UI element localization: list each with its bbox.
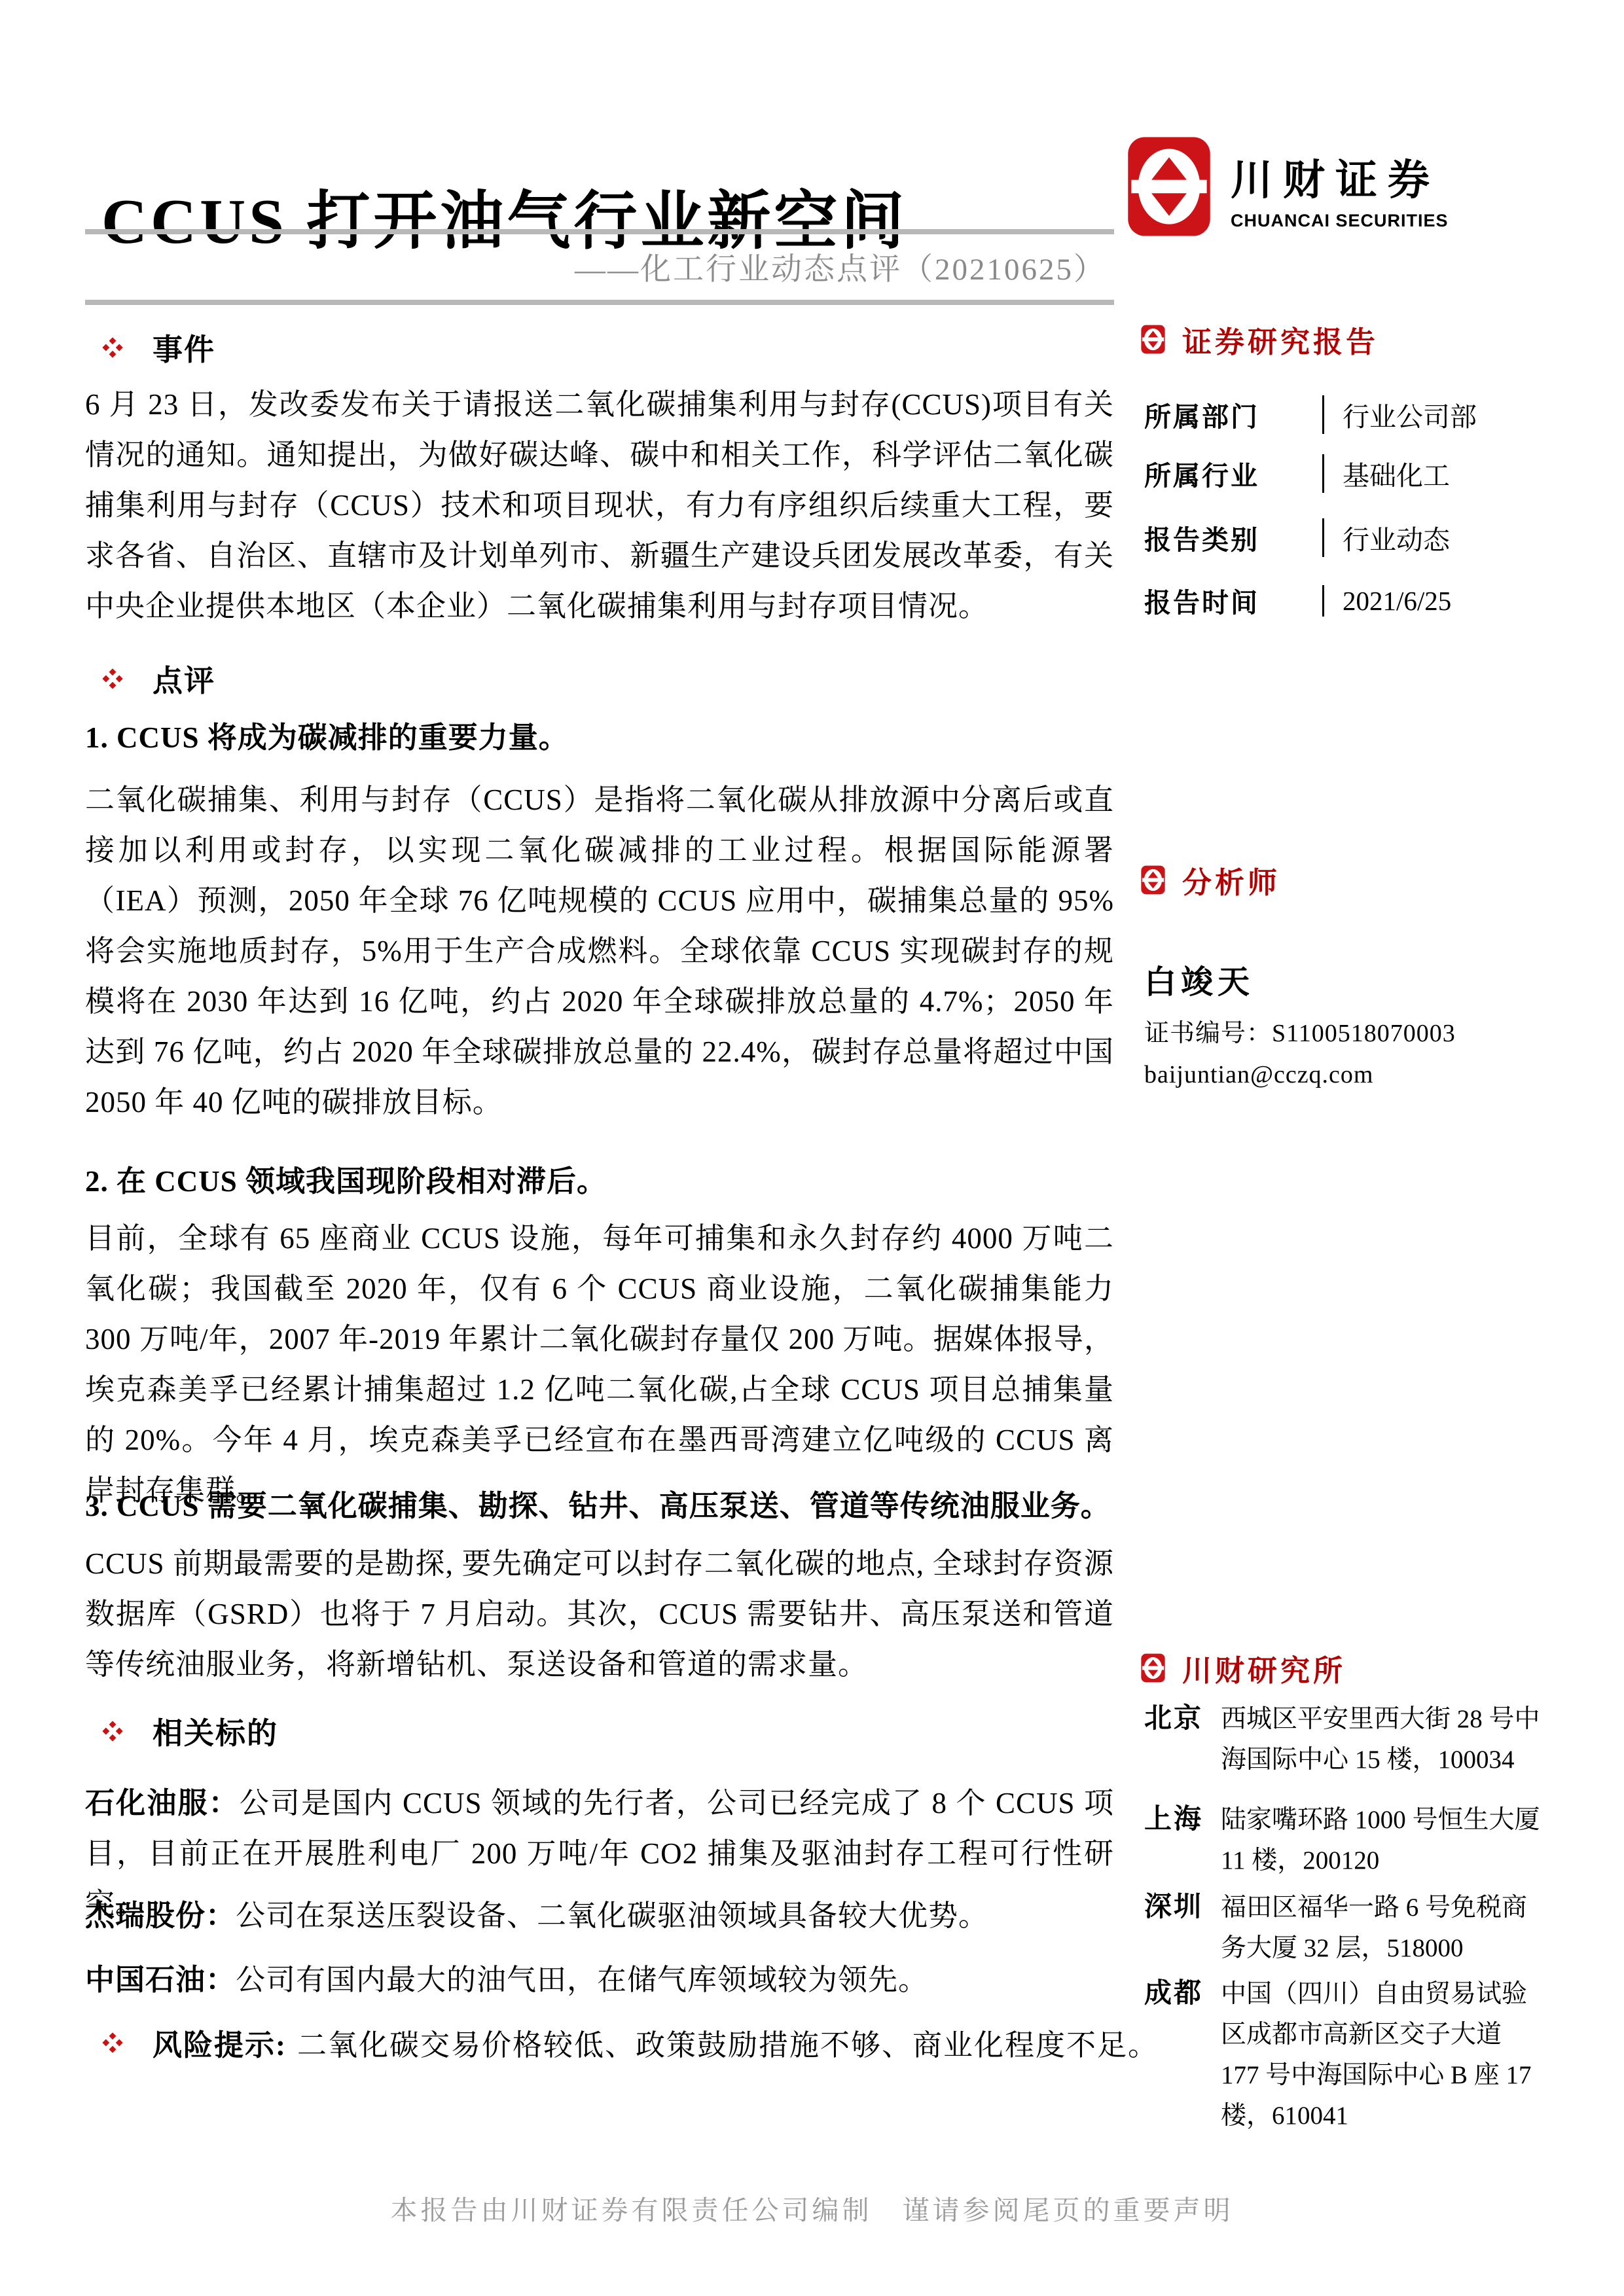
- meta-value: 2021/6/25: [1322, 585, 1451, 617]
- header-divider-bottom: [85, 300, 1114, 305]
- brand-logo: 川财证券 CHUANCAI SECURITIES: [1127, 136, 1449, 237]
- risk-label: 风险提示:: [153, 2021, 287, 2064]
- office-chengdu: 成都 中国（四川）自由贸易试验 区成都市高新区交子大道 177 号中海国际中心 …: [1144, 1971, 1550, 2136]
- office-address-line: 务大厦 32 层，518000: [1221, 1928, 1527, 1969]
- chuancai-logo-mini-icon: [1141, 865, 1165, 895]
- office-city: 成都: [1144, 1971, 1221, 2011]
- target-desc: 公司有国内最大的油气田，在储气库领域较为领先。: [236, 1964, 928, 1996]
- brand-name-cn: 川财证券: [1231, 160, 1449, 202]
- analyst-section-badge: 分析师: [1141, 859, 1280, 901]
- office-address-line: 福田区福华一路 6 号免税商: [1221, 1888, 1527, 1928]
- office-address-line: 西城区平安里西大街 28 号中: [1221, 1699, 1540, 1740]
- target-item-jerui: 杰瑞股份：公司在泵送压裂设备、二氧化碳驱油领域具备较大优势。: [85, 1891, 1114, 1941]
- comment-point-3-title: 3. CCUS 需要二氧化碳捕集、勘探、钻井、高压泵送、管道等传统油服业务。: [85, 1488, 1111, 1524]
- section-heading-event: 事件: [101, 326, 215, 369]
- office-address: 福田区福华一路 6 号免税商 务大厦 32 层，518000: [1221, 1888, 1527, 1969]
- diamond-bullet-icon: [101, 336, 124, 359]
- meta-label: 报告类别: [1144, 518, 1322, 557]
- office-address-line: 区成都市高新区交子大道: [1221, 2015, 1532, 2055]
- office-city: 深圳: [1144, 1885, 1221, 1924]
- analyst-email: baijuntian@cczq.com: [1144, 1060, 1373, 1089]
- risk-text: 二氧化碳交易价格较低、政策鼓励措施不够、商业化程度不足。: [297, 2021, 1159, 2064]
- target-desc: 公司在泵送压裂设备、二氧化碳驱油领域具备较大优势。: [236, 1899, 988, 1932]
- office-shenzhen: 深圳 福田区福华一路 6 号免税商 务大厦 32 层，518000: [1144, 1885, 1550, 1969]
- target-name: 杰瑞股份：: [85, 1899, 236, 1932]
- office-address-line: 11 楼，200120: [1221, 1840, 1540, 1881]
- diamond-bullet-icon: [101, 2032, 124, 2054]
- risk-note: 风险提示: 二氧化碳交易价格较低、政策鼓励措施不够、商业化程度不足。: [101, 2021, 1159, 2064]
- chuancai-logo-mini-icon: [1141, 1653, 1165, 1683]
- office-address-line: 陆家嘴环路 1000 号恒生大厦: [1221, 1800, 1540, 1840]
- report-type-badge: 证券研究报告: [1141, 318, 1379, 361]
- meta-value: 基础化工: [1322, 454, 1450, 493]
- analyst-cert-number: 证书编号：S1100518070003: [1144, 1013, 1456, 1049]
- meta-row-date: 报告时间 2021/6/25: [1144, 581, 1563, 620]
- office-address: 西城区平安里西大街 28 号中 海国际中心 15 楼，100034: [1221, 1699, 1540, 1780]
- target-item-zhongguoshiyou: 中国石油：公司有国内最大的油气田，在储气库领域较为领先。: [85, 1955, 1114, 2005]
- event-heading-label: 事件: [153, 326, 215, 369]
- chuancai-logo-icon: [1127, 136, 1211, 237]
- chuancai-logo-mini-icon: [1141, 325, 1165, 354]
- brand-text: 川财证券 CHUANCAI SECURITIES: [1231, 160, 1449, 231]
- comment-point-2-body: 目前，全球有 65 座商业 CCUS 设施，每年可捕集和永久封存约 4000 万…: [85, 1213, 1114, 1516]
- office-beijing: 北京 西城区平安里西大街 28 号中 海国际中心 15 楼，100034: [1144, 1696, 1550, 1780]
- office-city: 上海: [1144, 1797, 1221, 1837]
- header-divider-top: [85, 229, 1114, 234]
- diamond-bullet-icon: [101, 1720, 124, 1742]
- report-badge-label: 证券研究报告: [1182, 318, 1379, 361]
- meta-row-department: 所属部门 行业公司部: [1144, 395, 1563, 434]
- page-footer-disclaimer: 本报告由川财证券有限责任公司编制 谨请参阅尾页的重要声明: [0, 2189, 1624, 2227]
- section-heading-targets: 相关标的: [101, 1710, 278, 1753]
- meta-row-category: 报告类别 行业动态: [1144, 518, 1563, 557]
- meta-label: 所属行业: [1144, 454, 1322, 493]
- office-address: 中国（四川）自由贸易试验 区成都市高新区交子大道 177 号中海国际中心 B 座…: [1221, 1974, 1532, 2136]
- comment-point-3-body: CCUS 前期最需要的是勘探, 要先确定可以封存二氧化碳的地点, 全球封存资源数…: [85, 1539, 1114, 1690]
- office-address-line: 中国（四川）自由贸易试验: [1221, 1974, 1532, 2015]
- research-office-badge: 川财研究所: [1141, 1647, 1346, 1689]
- comment-heading-label: 点评: [153, 657, 215, 700]
- research-office-label: 川财研究所: [1182, 1647, 1346, 1689]
- meta-row-industry: 所属行业 基础化工: [1144, 454, 1563, 493]
- office-address-line: 楼，610041: [1221, 2096, 1532, 2136]
- target-name: 石化油服：: [85, 1787, 240, 1820]
- meta-value: 行业公司部: [1322, 395, 1477, 434]
- diamond-bullet-icon: [101, 668, 124, 690]
- office-shanghai: 上海 陆家嘴环路 1000 号恒生大厦 11 楼，200120: [1144, 1797, 1550, 1881]
- target-name: 中国石油：: [85, 1964, 236, 1996]
- comment-point-1-body: 二氧化碳捕集、利用与封存（CCUS）是指将二氧化碳从排放源中分离后或直接加以利用…: [85, 775, 1114, 1128]
- meta-value: 行业动态: [1322, 518, 1450, 557]
- comment-point-1-title: 1. CCUS 将成为碳减排的重要力量。: [85, 720, 569, 755]
- section-heading-comment: 点评: [101, 657, 215, 700]
- office-address-line: 海国际中心 15 楼，100034: [1221, 1740, 1540, 1780]
- analyst-name: 白竣天: [1144, 957, 1254, 1003]
- office-address: 陆家嘴环路 1000 号恒生大厦 11 楼，200120: [1221, 1800, 1540, 1881]
- meta-label: 报告时间: [1144, 581, 1322, 620]
- comment-point-2-title: 2. 在 CCUS 领域我国现阶段相对滞后。: [85, 1164, 607, 1199]
- office-address-line: 177 号中海国际中心 B 座 17: [1221, 2055, 1532, 2096]
- targets-heading-label: 相关标的: [153, 1710, 278, 1753]
- meta-label: 所属部门: [1144, 395, 1322, 434]
- page-subtitle: ——化工行业动态点评（20210625）: [85, 245, 1106, 289]
- office-city: 北京: [1144, 1696, 1221, 1736]
- analyst-section-label: 分析师: [1182, 859, 1280, 901]
- brand-name-en: CHUANCAI SECURITIES: [1231, 211, 1449, 231]
- event-paragraph: 6 月 23 日，发改委发布关于请报送二氧化碳捕集利用与封存(CCUS)项目有关…: [85, 380, 1114, 632]
